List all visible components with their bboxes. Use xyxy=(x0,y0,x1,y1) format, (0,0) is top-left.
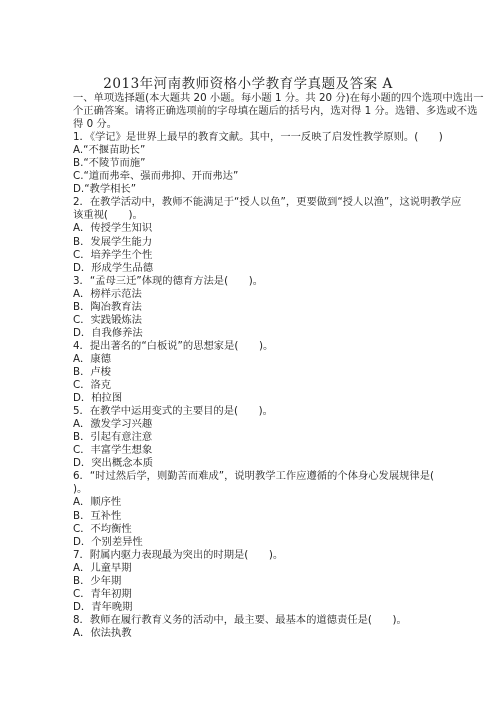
intro-line: 一、单项选择题(本大题共 20 小题。每小题 1 分。共 20 分)在每小题的四… xyxy=(73,92,423,105)
question-stem: 5．在教学中运用变式的主要目的是( )。 xyxy=(73,405,423,418)
section-intro: 一、单项选择题(本大题共 20 小题。每小题 1 分。共 20 分)在每小题的四… xyxy=(73,92,423,131)
question-7: 7．附属内驱力表现最为突出的时期是( )。 A．儿童早期 B．少年期 C．青年初… xyxy=(73,549,423,614)
option-c: C．青年初期 xyxy=(73,588,423,601)
option-b: B．互补性 xyxy=(73,510,423,523)
question-2: 2．在教学活动中，教师不能满足于“授人以鱼”，更要做到“授人以渔”，这说明教学应… xyxy=(73,196,423,274)
question-stem: 6．“时过然后学，则勤苦而难成”，说明教学工作应遵循的个体身心发展规律是( xyxy=(73,470,423,483)
option-c: C．不均衡性 xyxy=(73,523,423,536)
question-4: 4．提出著名的“白板说”的思想家是( )。 A．康德 B．卢梭 C．洛克 D．柏… xyxy=(73,340,423,405)
option-a: A．依法执教 xyxy=(73,627,423,640)
option-c: C．洛克 xyxy=(73,379,423,392)
option-a: A．顺序性 xyxy=(73,496,423,509)
option-a: A．康德 xyxy=(73,353,423,366)
option-c: C.“道而弗牵、强而弗抑、开而弗达” xyxy=(73,170,423,183)
option-a: A．榜样示范法 xyxy=(73,288,423,301)
option-d: D．个别差异性 xyxy=(73,536,423,549)
document-title: 2013年河南教师资格小学教育学真题及答案 A xyxy=(73,76,423,92)
intro-line: 个正确答案。请将正确选项前的字母填在题后的括号内，选对得 1 分。选错、多选或不… xyxy=(73,105,423,118)
intro-line: 得 0 分。 xyxy=(73,118,423,131)
option-a: A．传授学生知识 xyxy=(73,222,423,235)
option-d: D．柏拉图 xyxy=(73,392,423,405)
option-c: C．丰富学生想象 xyxy=(73,444,423,457)
option-d: D．青年晚期 xyxy=(73,601,423,614)
question-stem: 3．“孟母三迁”体现的德育方法是( )。 xyxy=(73,275,423,288)
option-b: B．少年期 xyxy=(73,575,423,588)
option-b: B.“不陵节而施” xyxy=(73,157,423,170)
question-6: 6．“时过然后学，则勤苦而难成”，说明教学工作应遵循的个体身心发展规律是( )。… xyxy=(73,470,423,548)
option-a: A．激发学习兴趣 xyxy=(73,418,423,431)
option-d: D．自我修养法 xyxy=(73,327,423,340)
question-stem: 4．提出著名的“白板说”的思想家是( )。 xyxy=(73,340,423,353)
option-a: A．儿童早期 xyxy=(73,562,423,575)
question-stem-cont: )。 xyxy=(73,483,423,496)
question-5: 5．在教学中运用变式的主要目的是( )。 A．激发学习兴趣 B．引起有意注意 C… xyxy=(73,405,423,470)
option-b: B．卢梭 xyxy=(73,366,423,379)
option-b: B．发展学生能力 xyxy=(73,236,423,249)
option-c: C．实践锻炼法 xyxy=(73,314,423,327)
question-stem: 8．教师在履行教育义务的活动中，最主要、最基本的道德责任是( )。 xyxy=(73,614,423,627)
document-page: 2013年河南教师资格小学教育学真题及答案 A 一、单项选择题(本大题共 20 … xyxy=(73,76,423,640)
question-3: 3．“孟母三迁”体现的德育方法是( )。 A．榜样示范法 B．陶冶教育法 C．实… xyxy=(73,275,423,340)
option-c: C．培养学生个性 xyxy=(73,249,423,262)
option-a: A.“不揠苗助长” xyxy=(73,144,423,157)
question-1: 1．《学记》是世界上最早的教育文献。其中，一一反映了启发性教学原则。( ) A.… xyxy=(73,131,423,196)
question-stem: 7．附属内驱力表现最为突出的时期是( )。 xyxy=(73,549,423,562)
option-d: D．形成学生品德 xyxy=(73,262,423,275)
question-stem: 1．《学记》是世界上最早的教育文献。其中，一一反映了启发性教学原则。( ) xyxy=(73,131,423,144)
question-8: 8．教师在履行教育义务的活动中，最主要、最基本的道德责任是( )。 A．依法执教 xyxy=(73,614,423,640)
option-d: D.“教学相长” xyxy=(73,183,423,196)
option-b: B．陶冶教育法 xyxy=(73,301,423,314)
question-stem: 2．在教学活动中，教师不能满足于“授人以鱼”，更要做到“授人以渔”，这说明教学应 xyxy=(73,196,423,209)
option-d: D．突出概念本质 xyxy=(73,457,423,470)
question-stem-cont: 该重视( )。 xyxy=(73,209,423,222)
option-b: B．引起有意注意 xyxy=(73,431,423,444)
